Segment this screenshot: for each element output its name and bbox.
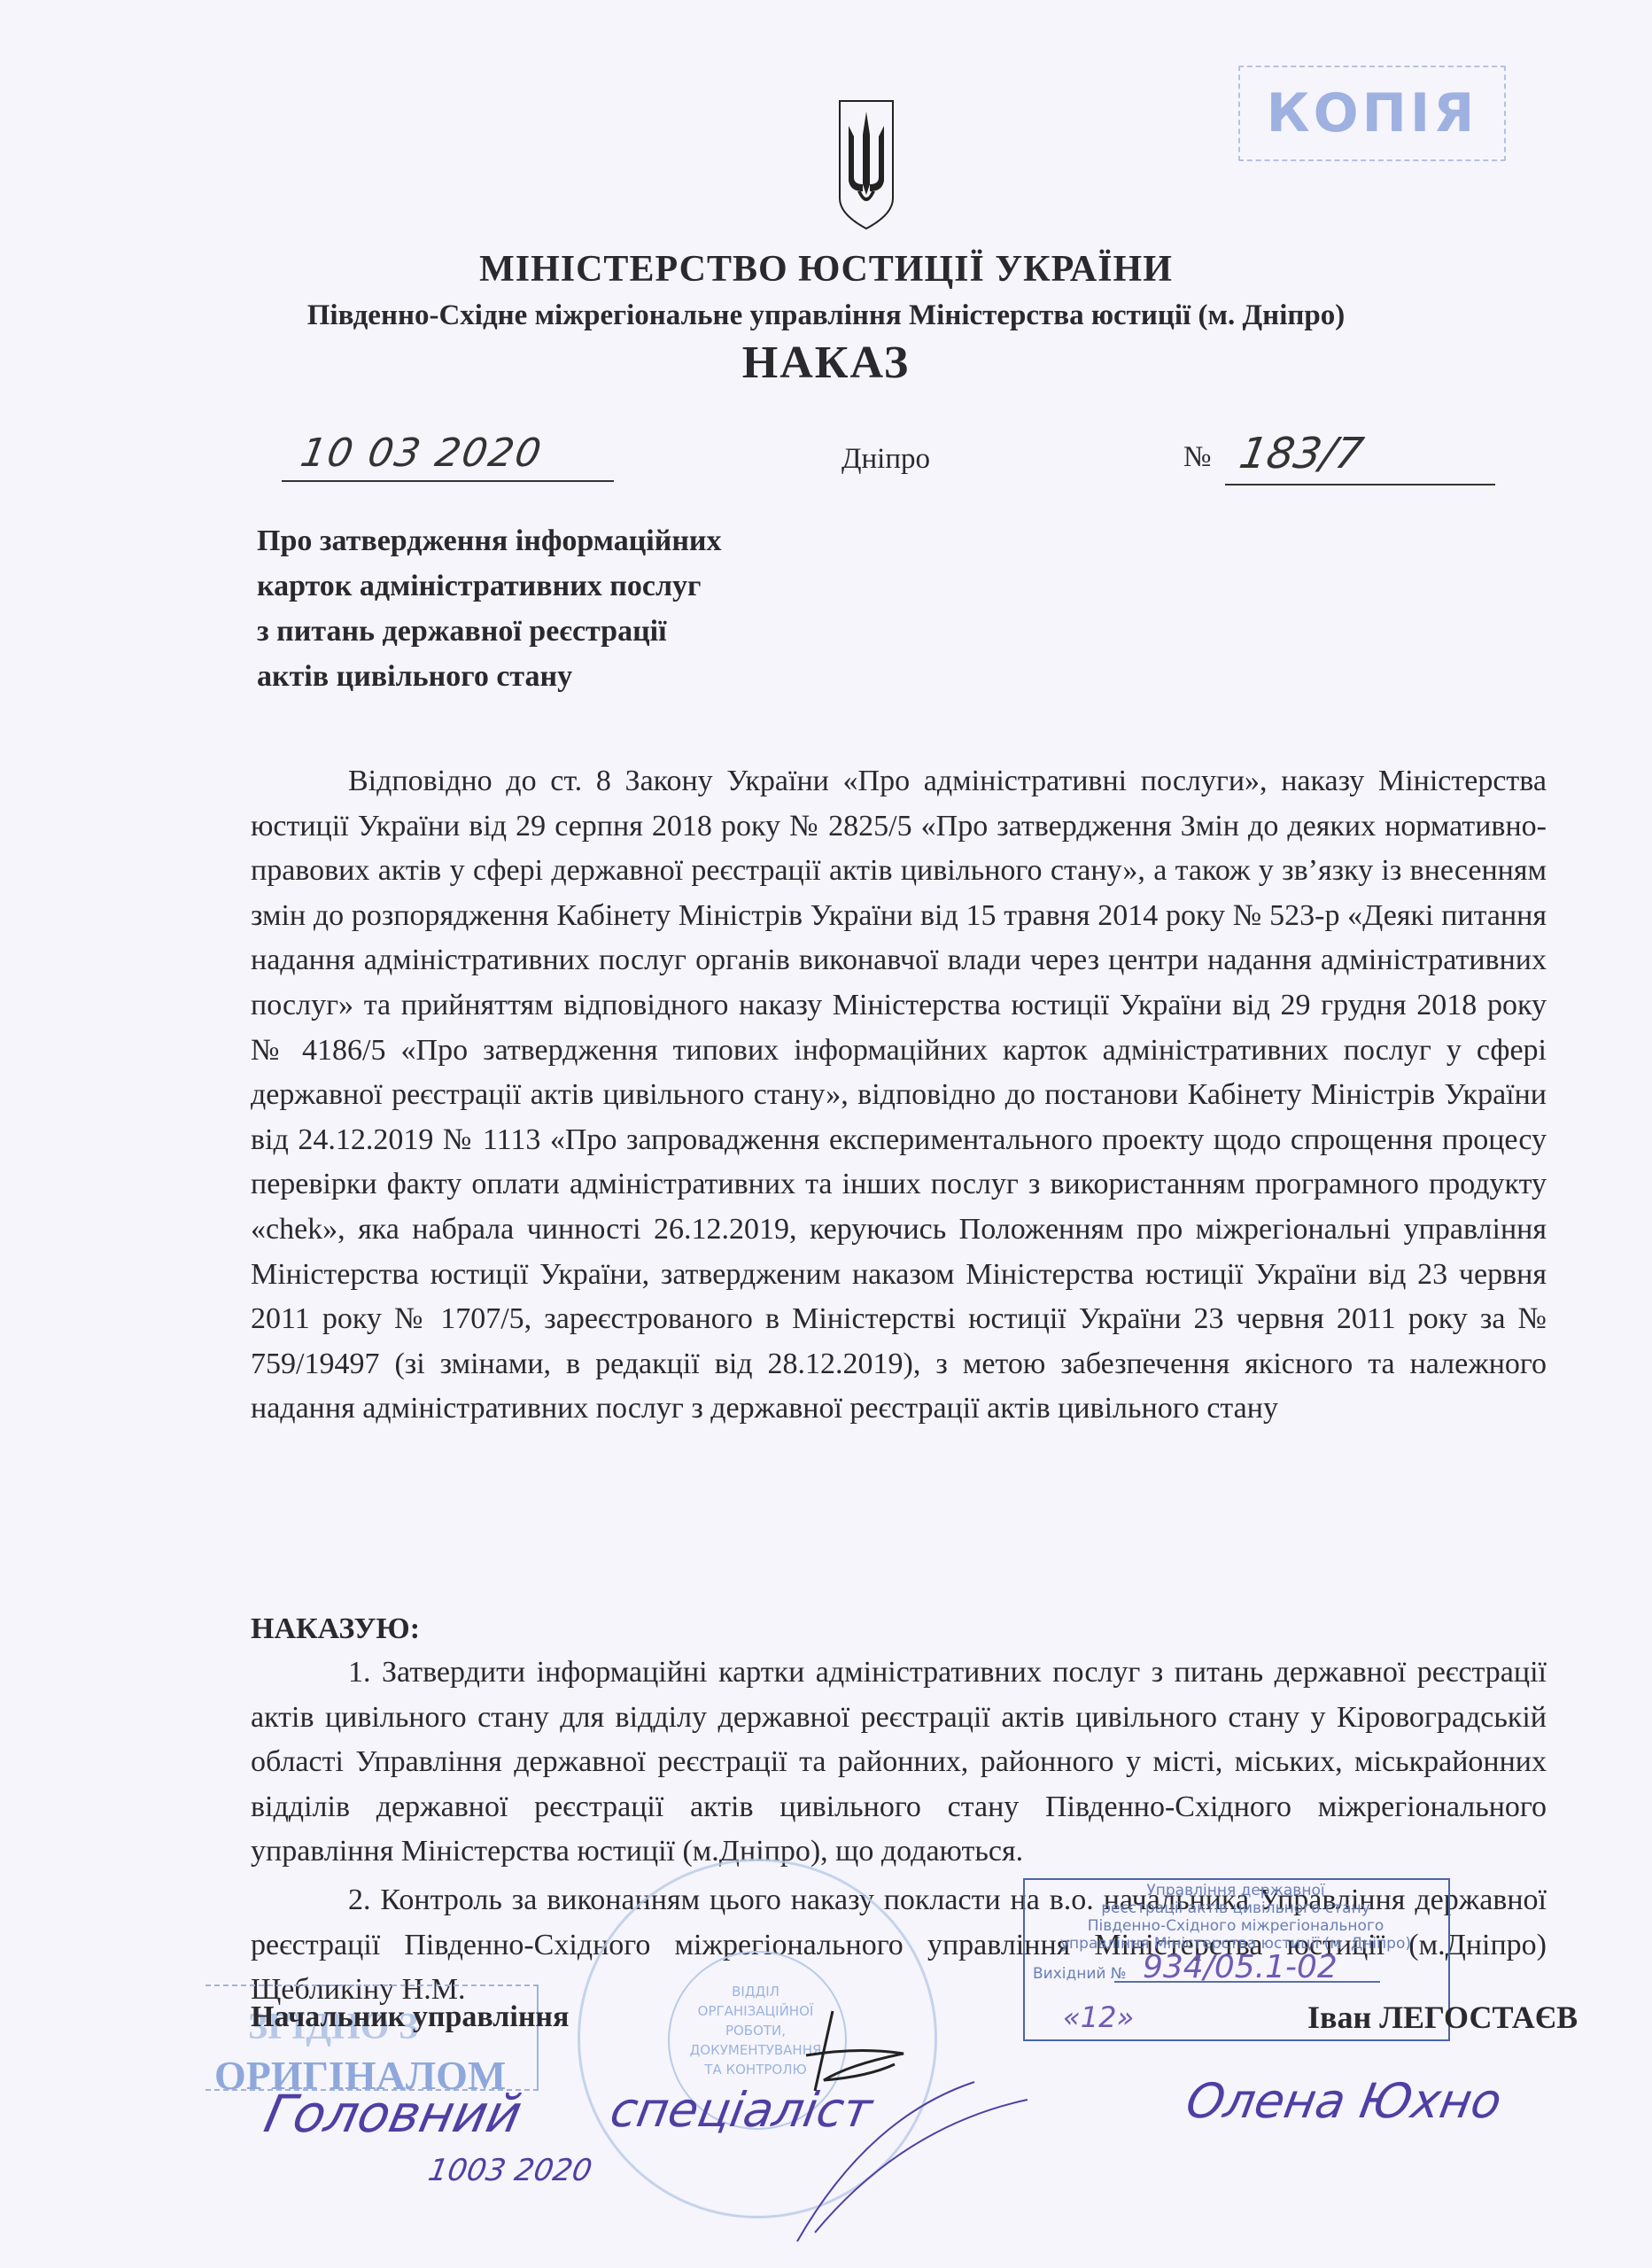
department-title: Південно-Східне міжрегіональне управлінн… [0,299,1652,332]
outgoing-number: 934/05.1-02 [1143,1949,1338,1985]
certifier-date-handwriting: 1003 2020 [425,2153,594,2188]
number-label: № [1183,441,1212,474]
subject-line: карток адміністративних послуг [257,563,722,609]
order-date: 10 03 2020 [298,431,547,476]
subject-line: з питань державної реєстрації [257,609,722,654]
city: Дніпро [842,443,930,476]
subject-line: актів цивільного стану [257,654,722,699]
orders-heading: НАКАЗУЮ: [251,1612,420,1646]
order-item-1: 1. Затвердити інформаційні картки адміні… [251,1651,1547,1875]
ministry-title: МІНІСТЕРСТВО ЮСТИЦІЇ УКРАЇНИ [0,248,1652,291]
certifier-role-handwriting: спеціаліст [606,2082,876,2138]
document-type-title: НАКАЗ [0,337,1652,389]
subject-line: Про затвердження інформаційних [257,518,722,563]
order-number: 183/7 [1236,429,1367,478]
preamble-paragraph: Відповідно до ст. 8 Закону України «Про … [251,759,1547,1432]
certifier-name-handwriting: Олена Юхно [1182,2073,1506,2129]
certifier-title-handwriting: Головний [260,2084,527,2144]
signatory-name: Іван ЛЕГОСТАЄВ [1307,1999,1578,2036]
signatory-role: Начальник управління [251,2000,569,2034]
outgoing-stamp-text: Управління державної реєстрації актів ци… [1028,1882,1444,1953]
order-subject: Про затвердження інформаційних карток ад… [257,518,722,699]
trident-coat-of-arms-icon [838,99,895,230]
copy-stamp: КОПІЯ [1238,66,1506,161]
